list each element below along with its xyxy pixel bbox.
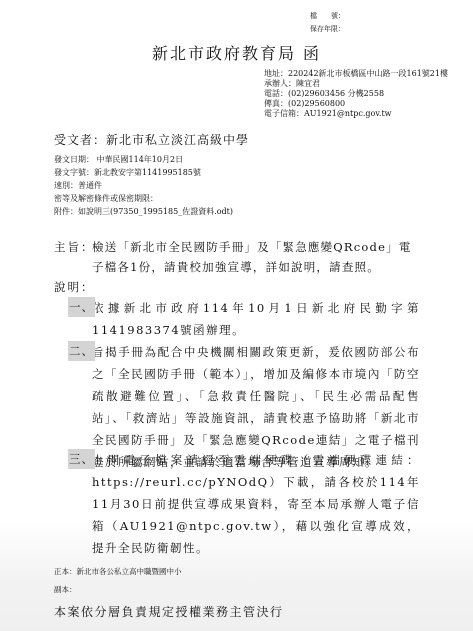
- distribution-list: 正本：新北市各公私立高中職暨國中小 副本：: [54, 563, 182, 599]
- document-meta: 發文日期： 中華民國114年10月2日 發文字號：新北教安字第114199518…: [54, 153, 233, 218]
- email: 電子信箱：AU1921@ntpc.gov.tw: [264, 109, 448, 119]
- original-recipients: 正本：新北市各公私立高中職暨國中小: [54, 563, 182, 581]
- subject-text: 檢送「新北市全民國防手冊」及「緊急應變QRcode」電子檔各1份，請貴校加強宣導…: [92, 237, 424, 277]
- delivery-speed: 速別：普通件: [54, 179, 233, 192]
- phone: 電話：(02)29603456 分機2558: [264, 89, 448, 99]
- item-text: 依據新北市政府114年10月1日新北府民勤字第1141983374號函辦理。: [92, 297, 420, 341]
- archive-info: 檔 號： 保存年限：: [310, 12, 345, 38]
- copy-recipients: 副本：: [54, 581, 182, 599]
- item-number: 二、: [68, 341, 95, 361]
- issue-date: 發文日期： 中華民國114年10月2日: [54, 153, 233, 166]
- item-text: 上開電子檔案請逕至雲端硬碟（雲端硬碟連結：https://reurl.cc/pY…: [92, 449, 420, 559]
- subject-section: 主旨： 檢送「新北市全民國防手冊」及「緊急應變QRcode」電子檔各1份，請貴校…: [54, 237, 424, 277]
- file-number-label: 檔 號：: [310, 12, 345, 25]
- document-title: 新北市政府教育局 函: [0, 41, 473, 64]
- authorization-note: 本案依分層負責規定授權業務主管決行: [54, 603, 284, 620]
- address: 地址：220242新北市板橋區中山路一段161號21樓: [264, 69, 448, 79]
- secrecy-level: 密等及解密條件或保密期限：: [54, 192, 233, 205]
- contact-block: 地址：220242新北市板橋區中山路一段161號21樓 承辦人：陳宜君 電話：(…: [264, 69, 448, 119]
- retention-period-label: 保存年限：: [310, 25, 345, 38]
- fax: 傳真：(02)29560800: [264, 99, 448, 109]
- officer: 承辦人：陳宜君: [264, 79, 448, 89]
- explanation-label: 說明：: [54, 279, 95, 295]
- subject-label: 主旨：: [54, 237, 95, 257]
- recipient: 受文者：新北市私立淡江高級中學: [54, 131, 249, 148]
- attachment: 附件：如說明三(97350_1995185_佐證資料.odt): [54, 205, 233, 218]
- item-number: 三、: [68, 449, 95, 469]
- explanation-item: 一、 依據新北市政府114年10月1日新北府民勤字第1141983374號函辦理…: [68, 297, 420, 341]
- explanation-item: 三、 上開電子檔案請逕至雲端硬碟（雲端硬碟連結：https://reurl.cc…: [68, 449, 420, 559]
- document-number: 發文字號：新北教安字第1141995185號: [54, 166, 233, 179]
- item-number: 一、: [68, 297, 95, 317]
